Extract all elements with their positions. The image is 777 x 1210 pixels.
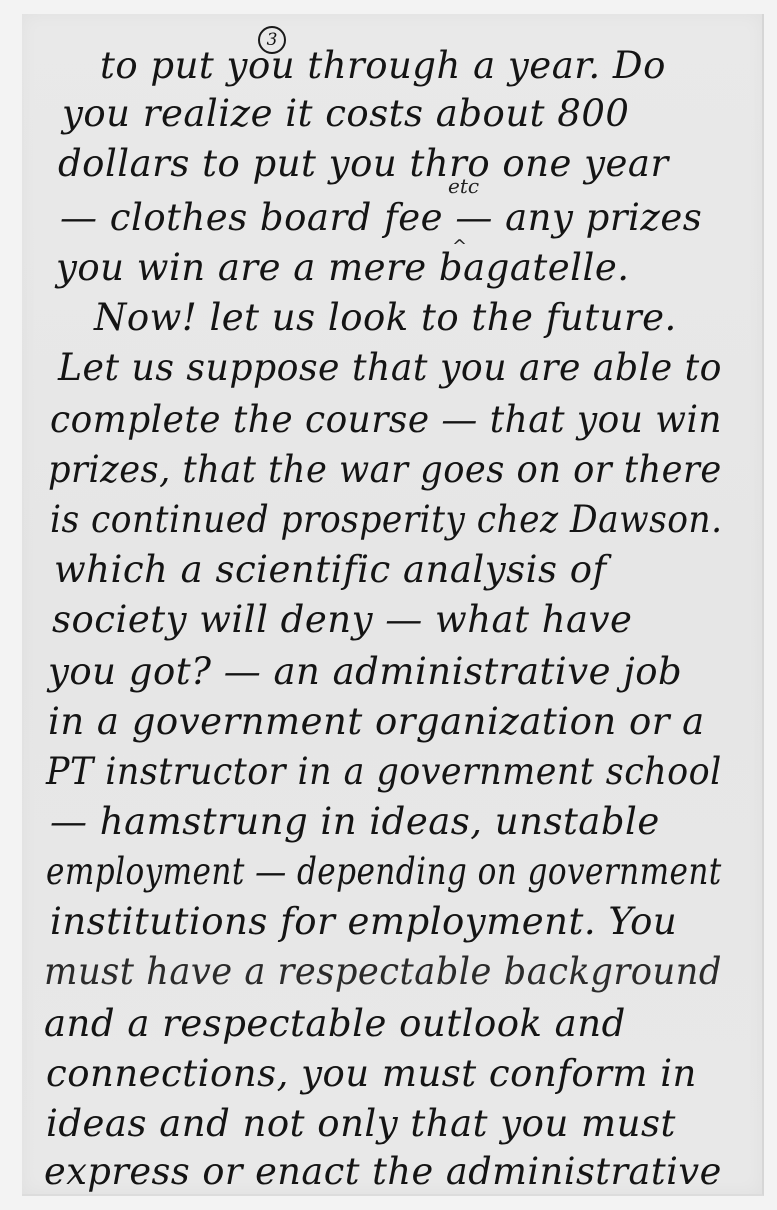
letter-line: in a government organization or a <box>48 700 705 743</box>
letter-line: complete the course — that you win <box>50 398 722 441</box>
letter-line: connections, you must conform in <box>46 1052 697 1095</box>
letter-line: and a respectable outlook and <box>44 1002 626 1045</box>
letter-line: to put you through a year. Do <box>100 44 666 87</box>
letter-line: must have a respectable background <box>44 950 722 993</box>
letter-line: Let us suppose that you are able to <box>58 346 722 389</box>
letter-line: is continued prosperity chez Dawson. <box>50 498 723 541</box>
letter-sheet: 3 to put you through a year. Do you real… <box>22 14 764 1196</box>
letter-line: you got? — an administrative job <box>48 650 682 693</box>
letter-line: society will deny — what have <box>52 598 632 641</box>
letter-line: institutions for employment. You <box>50 900 677 943</box>
letter-line: express or enact the administrative <box>44 1150 722 1193</box>
letter-line: Now! let us look to the future. <box>94 296 677 339</box>
letter-line: prizes, that the war goes on or there <box>48 448 722 491</box>
letter-line: PT instructor in a government school <box>46 750 722 793</box>
inserted-word: etc <box>448 174 479 198</box>
letter-line: employment — depending on government <box>46 850 722 893</box>
letter-line: — clothes board fee — any prizes <box>60 196 702 239</box>
letter-line: dollars to put you thro one year <box>58 142 669 185</box>
scanned-page: 3 to put you through a year. Do you real… <box>0 0 777 1210</box>
letter-line: ideas and not only that you must <box>46 1102 676 1145</box>
letter-line: which a scientific analysis of <box>54 548 607 591</box>
letter-line: you win are a mere bagatelle. <box>56 246 630 289</box>
letter-line: — hamstrung in ideas, unstable <box>50 800 660 843</box>
letter-line: you realize it costs about 800 <box>62 92 629 135</box>
